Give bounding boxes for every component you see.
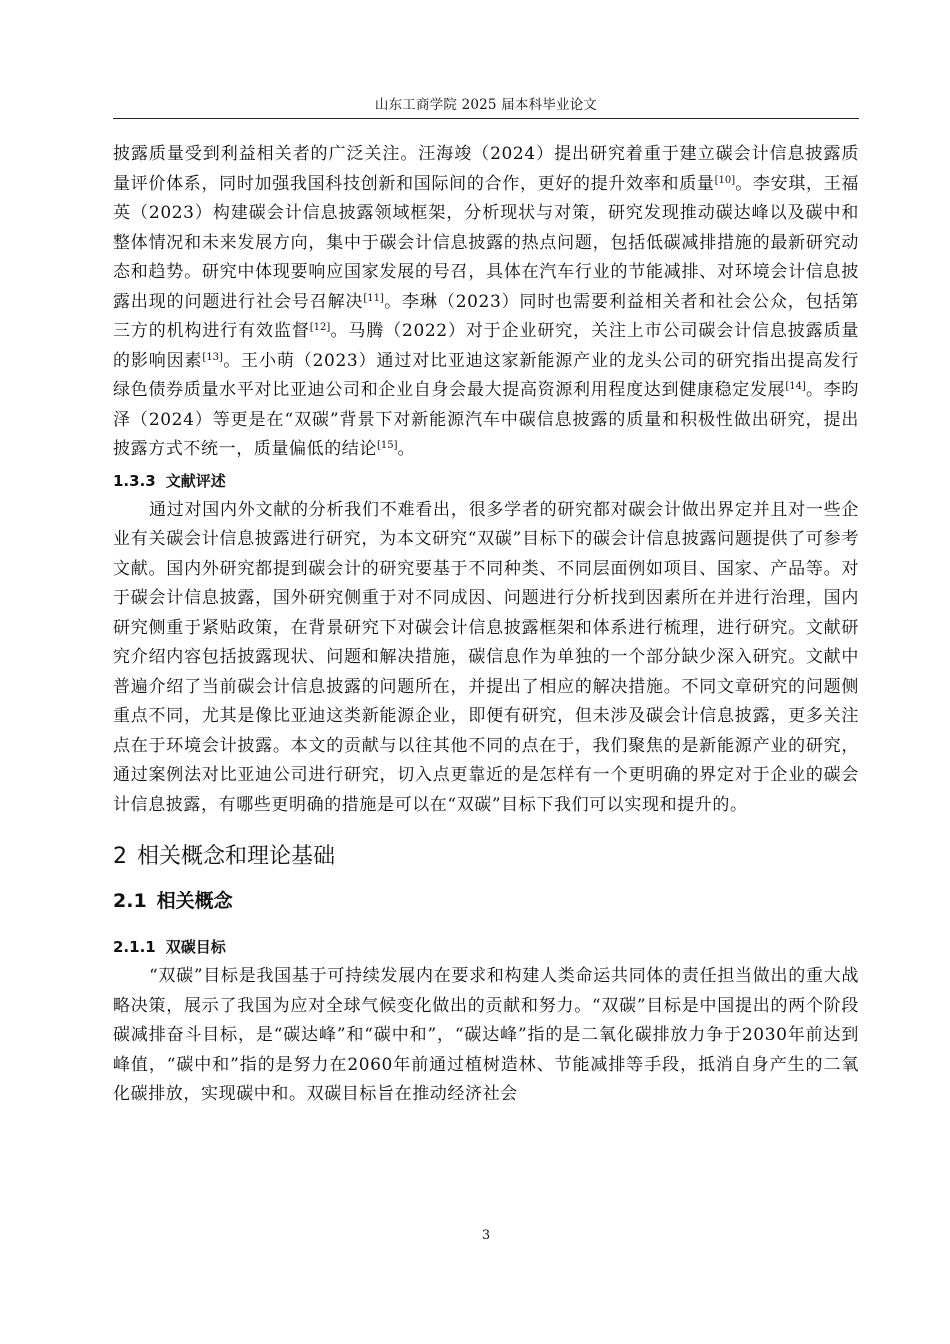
section-number: 2.1	[113, 890, 147, 912]
citation-11: [11]	[363, 293, 384, 304]
text-segment: 。	[398, 439, 416, 459]
paragraph-literature-summary: 通过对国内外文献的分析我们不难看出，很多学者的研究都对碳会计做出界定并且对一些企…	[113, 496, 859, 821]
paragraph-literature-review-continued: 披露质量受到利益相关者的广泛关注。汪海竣（2024）提出研究着重于建立碳会计信息…	[113, 140, 859, 465]
section-title: 文献评述	[166, 472, 226, 490]
section-title: 相关概念	[157, 890, 233, 912]
section-heading-2-1: 2.1相关概念	[113, 886, 859, 916]
running-header: 山东工商学院 2025 届本科毕业论文	[113, 93, 859, 113]
page-number: 3	[113, 1228, 859, 1243]
section-number: 1.3.3	[113, 472, 156, 490]
header-rule	[113, 118, 859, 119]
chapter-heading-2: 2相关概念和理论基础	[113, 842, 859, 872]
citation-15: [15]	[377, 440, 398, 451]
page-body: 披露质量受到利益相关者的广泛关注。汪海竣（2024）提出研究着重于建立碳会计信息…	[113, 140, 859, 1110]
section-number: 2.1.1	[113, 938, 156, 956]
text-segment: 。王小萌（2023）通过对比亚迪这家新能源产业的龙头公司的研究指出提高发行绿色债…	[113, 351, 859, 401]
section-heading-2-1-1: 2.1.1双碳目标	[113, 933, 859, 962]
citation-13: [13]	[202, 352, 223, 363]
citation-10: [10]	[715, 175, 736, 186]
section-heading-1-3-3: 1.3.3文献评述	[113, 467, 859, 496]
citation-12: [12]	[310, 322, 331, 333]
paragraph-dual-carbon-goal: “双碳”目标是我国基于可持续发展内在要求和构建人类命运共同体的责任担当做出的重大…	[113, 962, 859, 1110]
section-title: 双碳目标	[166, 938, 226, 956]
chapter-title: 相关概念和理论基础	[137, 844, 335, 869]
chapter-number: 2	[113, 844, 127, 869]
citation-14: [14]	[785, 381, 806, 392]
